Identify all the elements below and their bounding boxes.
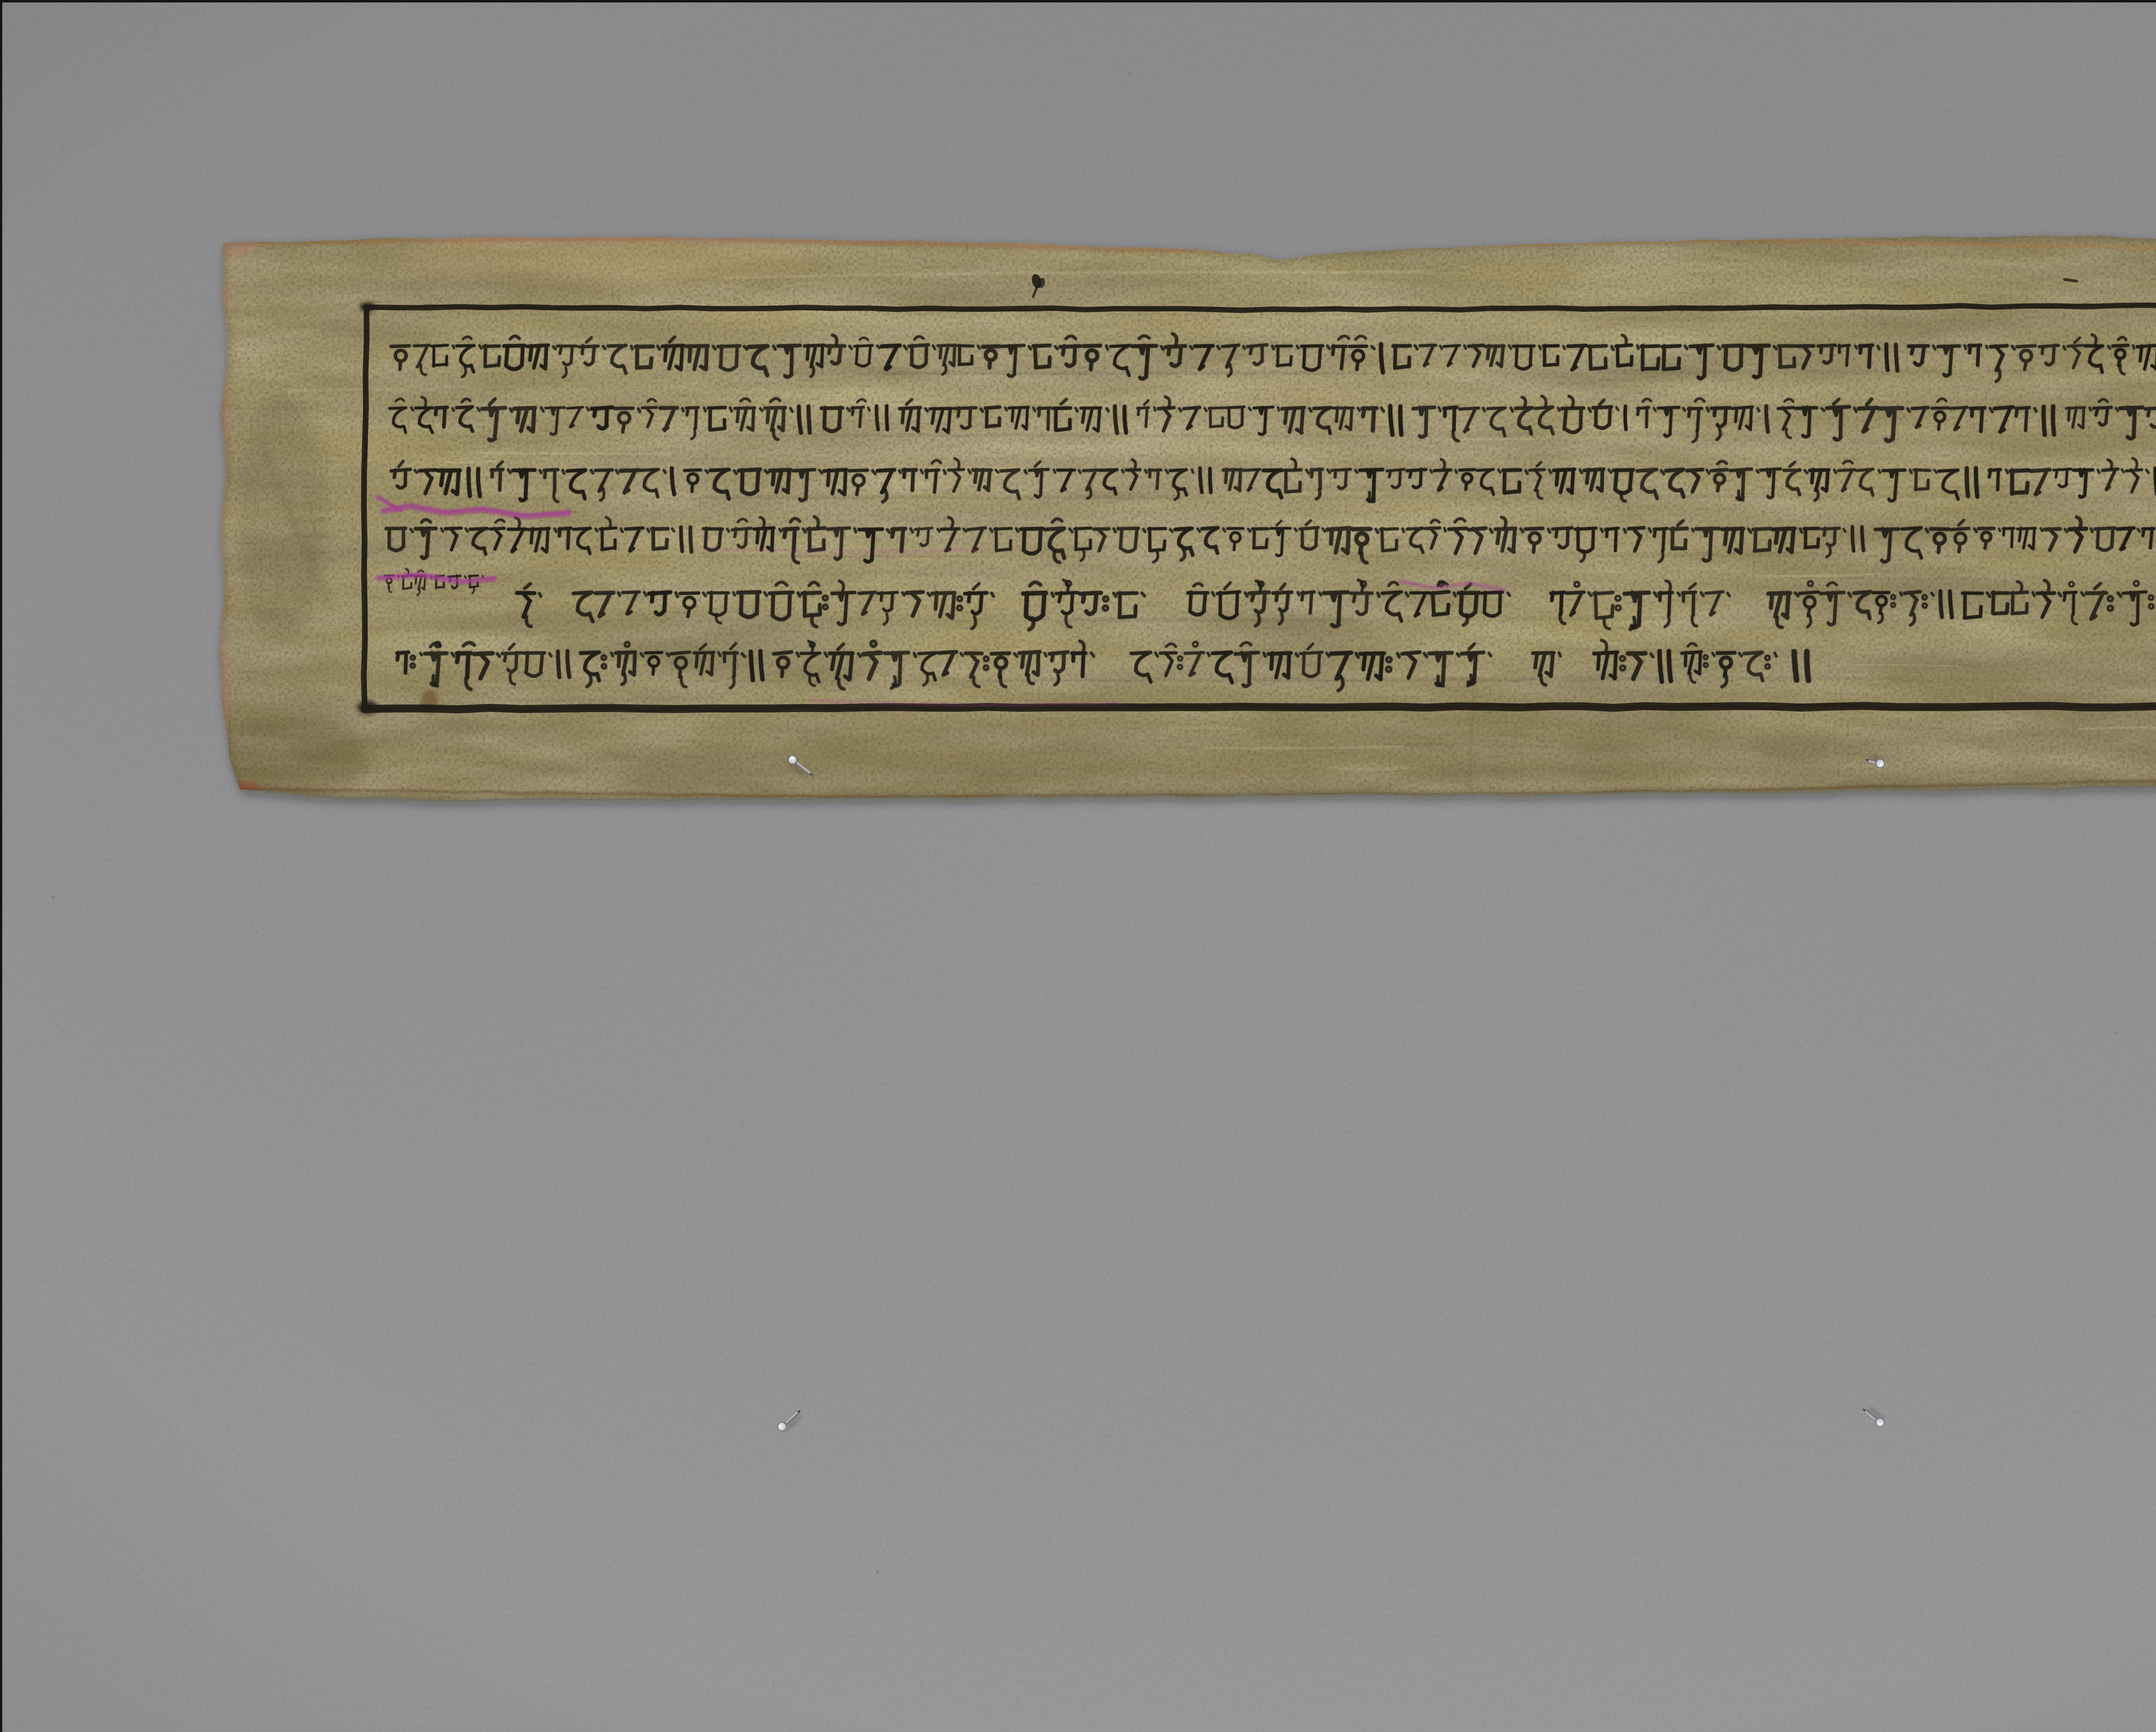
photograph-stage: Studio photograph of a single oblong Tib… bbox=[0, 0, 2156, 1732]
manuscript-folio bbox=[190, 207, 2156, 828]
paper-sheet bbox=[190, 207, 2156, 828]
photo-canvas bbox=[0, 0, 2156, 1732]
